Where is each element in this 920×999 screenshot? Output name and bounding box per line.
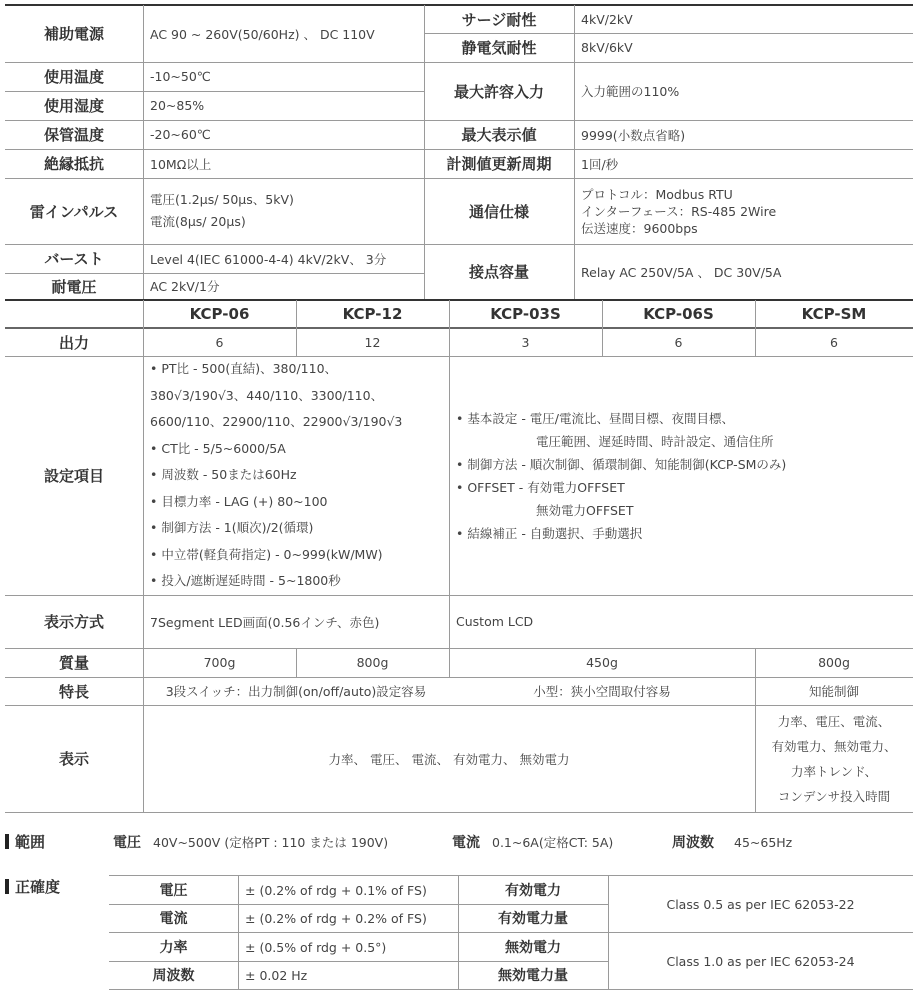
accuracy-label-reactive-energy: 無効電力量 [458,961,608,989]
comm-protocol: プロトコル：Modbus RTU [581,186,733,203]
spec-value-max-display: 9999(小数点省略) [574,120,913,149]
row-label-output: 出力 [5,328,143,356]
range-voltage-label: 電圧 [113,835,141,851]
spec-value-update-cycle: 1回/秒 [574,149,913,178]
spec-label-update-cycle: 計測値更新周期 [424,149,574,178]
impulse-current: 電流(8μs/ 20μs) [150,211,246,233]
output-kcp-sm: 6 [755,328,913,356]
display-line: 力率トレンド、 [791,759,877,784]
accuracy-label-active-power: 有効電力 [458,876,608,904]
setting-line: • 制御方法 - 順次制御、循環制御、知能制御(KCP-SMのみ) [456,453,786,476]
accuracy-value-active-class: Class 0.5 as per IEC 62053-22 [608,876,913,932]
display-type-kcp-06-12: 7Segment LED画面(0.56インチ、赤色) [143,595,449,648]
setting-line: • 目標力率 - LAG (+) 80~100 [150,489,327,516]
spec-label-contact-capacity: 接点容量 [424,244,574,299]
section-accuracy-heading: 正確度 [5,876,60,896]
spec-value-insulation: 10MΩ以上 [143,149,424,178]
display-type-kcp-s-sm: Custom LCD [449,595,913,648]
setting-line: • CT比 - 5/5~6000/5A [150,436,286,463]
range-frequency-label: 周波数 [672,835,714,851]
output-kcp-06s: 6 [602,328,755,356]
accuracy-label-active-energy: 有効電力量 [458,904,608,932]
spec-value-esd: 8kV/6kV [574,33,913,62]
spec-value-max-input: 入力範囲の110% [574,62,913,120]
features-kcp-06-12: 3段スイッチ：出力制御(on/off/auto)設定容易 [143,677,449,705]
setting-line: • 中立帯(軽負荷指定) - 0~999(kW/MW) [150,542,383,569]
settings-kcp-06-12: • PT比 - 500(直結)、380/110、 380√3/190√3、440… [143,356,449,595]
spec-label-lightning-impulse: 雷インパルス [5,178,143,244]
section-range-title: 範囲 [15,831,45,852]
setting-line: • 投入/遮断遅延時間 - 5~1800秒 [150,568,341,595]
setting-line: 無効電力OFFSET [456,499,633,522]
spec-label-operating-temp: 使用温度 [5,62,143,91]
spec-label-withstand-voltage: 耐電圧 [5,273,143,299]
accuracy-label-power-factor: 力率 [109,933,238,961]
spec-value-storage-temp: -20~60℃ [143,120,424,149]
spec-label-surge: サージ耐性 [424,5,574,33]
row-label-display-type: 表示方式 [5,595,143,648]
display-line: 有効電力、無効電力、 [771,734,896,759]
accuracy-value-reactive-class: Class 1.0 as per IEC 62053-24 [608,933,913,989]
spec-label-operating-humidity: 使用湿度 [5,91,143,120]
setting-line: • 結線補正 - 自動選択、手動選択 [456,522,642,545]
model-header-kcp-03s: KCP-03S [449,300,602,327]
accuracy-label-reactive-power: 無効電力 [458,933,608,961]
spec-value-communication: プロトコル：Modbus RTU インターフェース：RS-485 2Wire 伝… [574,178,913,244]
display-kcp-sm: 力率、電圧、電流、 有効電力、無効電力、 力率トレンド、 コンデンサ投入時間 [755,705,913,812]
spec-value-aux-power: AC 90 ~ 260V(50/60Hz) 、 DC 110V [143,5,424,62]
output-kcp-12: 12 [296,328,449,356]
output-kcp-06: 6 [143,328,296,356]
setting-line: • 制御方法 - 1(順次)/2(循環) [150,515,313,542]
setting-line: • 基本設定 - 電圧/電流比、昼間目標、夜間目標、 [456,407,734,430]
spec-label-storage-temp: 保管温度 [5,120,143,149]
model-header-kcp-12: KCP-12 [296,300,449,327]
spec-value-surge: 4kV/2kV [574,5,913,33]
range-frequency: 周波数45~65Hz [672,832,792,852]
row-label-display: 表示 [5,705,143,812]
section-bar-icon [5,879,9,894]
range-voltage-value: 40V~500V (定格PT : 110 または 190V) [153,835,388,850]
row-label-features: 特長 [5,677,143,705]
spec-value-withstand-voltage: AC 2kV/1分 [143,273,424,299]
setting-line: 380√3/190√3、440/110、3300/110、 [150,383,383,410]
range-voltage: 電圧40V~500V (定格PT : 110 または 190V) [113,832,388,852]
spec-label-communication: 通信仕様 [424,178,574,244]
features-kcp-s: 小型：狭小空間取付容易 [449,677,755,705]
spec-value-operating-temp: -10~50℃ [143,62,424,91]
setting-line: 6600/110、22900/110、22900√3/190√3 [150,409,402,436]
features-kcp-sm: 知能制御 [755,677,913,705]
spec-label-aux-power: 補助電源 [5,5,143,62]
display-line: コンデンサ投入時間 [778,784,890,809]
range-current-label: 電流 [452,835,480,851]
spec-value-contact-capacity: Relay AC 250V/5A 、 DC 30V/5A [574,244,913,299]
setting-line: 電圧範囲、遅延時間、時計設定、通信住所 [456,430,774,453]
accuracy-value-voltage: ± (0.2% of rdg + 0.1% of FS) [238,876,458,904]
range-current-value: 0.1~6A(定格CT: 5A) [492,835,613,850]
setting-line: • 周波数 - 50または60Hz [150,462,297,489]
impulse-voltage: 電圧(1.2μs/ 50μs、5kV) [150,189,294,211]
accuracy-label-current: 電流 [109,904,238,932]
section-bar-icon [5,834,9,849]
setting-line: • PT比 - 500(直結)、380/110、 [150,356,337,383]
model-header-kcp-06s: KCP-06S [602,300,755,327]
weight-kcp-12: 800g [296,648,449,677]
accuracy-label-frequency: 周波数 [109,961,238,989]
weight-kcp-06: 700g [143,648,296,677]
accuracy-value-power-factor: ± (0.5% of rdg + 0.5°) [238,933,458,961]
output-kcp-03s: 3 [449,328,602,356]
settings-kcp-s-sm: • 基本設定 - 電圧/電流比、昼間目標、夜間目標、 電圧範囲、遅延時間、時計設… [449,356,913,595]
comm-baudrate: 伝送速度：9600bps [581,220,698,237]
model-header-kcp-sm: KCP-SM [755,300,913,327]
setting-line: • OFFSET - 有効電力OFFSET [456,476,625,499]
spec-value-burst: Level 4(IEC 61000-4-4) 4kV/2kV、 3分 [143,244,424,273]
spec-label-max-display: 最大表示値 [424,120,574,149]
spec-label-max-input: 最大許容入力 [424,62,574,120]
spec-label-esd: 静電気耐性 [424,33,574,62]
spec-label-insulation: 絶縁抵抗 [5,149,143,178]
section-accuracy-title: 正確度 [15,876,60,897]
range-current: 電流0.1~6A(定格CT: 5A) [452,832,613,852]
spec-value-operating-humidity: 20~85% [143,91,424,120]
section-range-heading: 範囲 [5,831,45,851]
accuracy-value-current: ± (0.2% of rdg + 0.2% of FS) [238,904,458,932]
accuracy-value-frequency: ± 0.02 Hz [238,961,458,989]
row-label-settings: 設定項目 [5,356,143,595]
weight-kcp-sm: 800g [755,648,913,677]
accuracy-label-voltage: 電圧 [109,876,238,904]
range-frequency-value: 45~65Hz [734,835,792,850]
spec-label-burst: バースト [5,244,143,273]
display-line: 力率、電圧、電流、 [778,709,891,734]
comm-interface: インターフェース：RS-485 2Wire [581,203,776,220]
model-header-kcp-06: KCP-06 [143,300,296,327]
display-common: 力率、 電圧、 電流、 有効電力、 無効電力 [143,705,755,812]
weight-kcp-s: 450g [449,648,755,677]
spec-value-lightning-impulse: 電圧(1.2μs/ 50μs、5kV) 電流(8μs/ 20μs) [143,178,424,244]
row-label-weight: 質量 [5,648,143,677]
